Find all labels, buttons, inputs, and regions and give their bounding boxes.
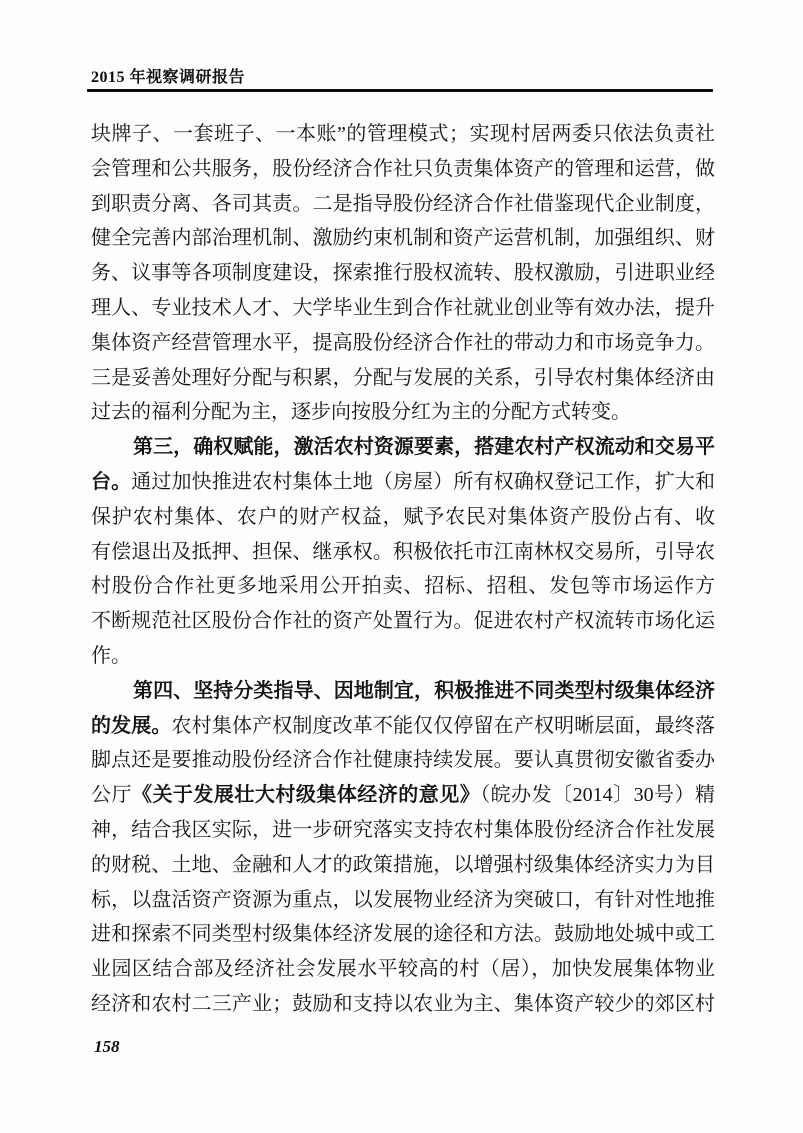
text-segment-bold: 台。 [91,471,131,493]
text-line: 务、议事等各项制度建设，探索推行股权流转、股权激励，引进职业经 [91,256,715,291]
text-segment: 脚点还是要推动股份经济合作社健康持续发展。要认真贯彻安徽省委办 [91,749,715,771]
text-line: 理人、专业技术人才、大学毕业生到合作社就业创业等有效办法，提升 [91,291,715,326]
text-line: 保护农村集体、农户的财产权益，赋予农民对集体资产股份占有、收益、 [91,500,715,535]
text-segment: 经济和农村二三产业；鼓励和支持以农业为主、集体资产较少的郊区村 [91,993,715,1015]
text-line: 作。 [91,639,715,674]
text-line: 不断规范社区股份合作社的资产处置行为。促进农村产权流转市场化运 [91,604,715,639]
text-line: 到职责分离、各司其责。二是指导股份经济合作社借鉴现代企业制度， [91,187,715,222]
page-header-title: 2015 年视察调研报告 [91,70,245,86]
text-line: 神，结合我区实际，进一步研究落实支持农村集体股份经济合作社发展 [91,813,715,848]
text-line: 集体资产经营管理水平，提高股份经济合作社的带动力和市场竞争力。 [91,326,715,361]
text-segment: 集体资产经营管理水平，提高股份经济合作社的带动力和市场竞争力。 [91,332,715,354]
text-segment: 到职责分离、各司其责。二是指导股份经济合作社借鉴现代企业制度， [91,193,715,215]
text-line: 标，以盘活资产资源为重点，以发展物业经济为突破口，有针对性地推 [91,883,715,918]
text-line: 业园区结合部及经济社会发展水平较高的村（居），加快发展集体物业 [91,952,715,987]
text-line: 第四、坚持分类指导、因地制宜，积极推进不同类型村级集体经济 [91,674,715,709]
text-segment: 标，以盘活资产资源为重点，以发展物业经济为突破口，有针对性地推 [91,889,715,911]
text-line: 进和探索不同类型村级集体经济发展的途径和方法。鼓励地处城中或工 [91,917,715,952]
page-number: 158 [94,1038,120,1055]
text-segment: 务、议事等各项制度建设，探索推行股权流转、股权激励，引进职业经 [91,262,715,284]
header-rule [87,89,713,92]
text-line: 脚点还是要推动股份经济合作社健康持续发展。要认真贯彻安徽省委办 [91,743,715,778]
text-segment: 健全完善内部治理机制、激励约束机制和资产运营机制，加强组织、财 [91,227,715,249]
text-line: 的财税、土地、金融和人才的政策措施，以增强村级集体经济实力为目 [91,848,715,883]
text-segment: 不断规范社区股份合作社的资产处置行为。促进农村产权流转市场化运 [91,610,715,632]
text-line: 块牌子、一套班子、一本账”的管理模式；实现村居两委只依法负责社 [91,117,715,152]
text-segment: 理人、专业技术人才、大学毕业生到合作社就业创业等有效办法，提升 [91,297,715,319]
text-segment: 保护农村集体、农户的财产权益，赋予农民对集体资产股份占有、收益、 [91,506,715,535]
text-line: 经济和农村二三产业；鼓励和支持以农业为主、集体资产较少的郊区村 [91,987,715,1022]
text-line: 台。通过加快推进农村集体土地（房屋）所有权确权登记工作，扩大和 [91,465,715,500]
text-segment: 公厅 [91,784,132,806]
text-segment: 过去的福利分配为主，逐步向按股分红为主的分配方式转变。 [91,401,631,423]
text-segment: 通过加快推进农村集体土地（房屋）所有权确权登记工作，扩大和 [131,471,715,493]
text-segment: 村股份合作社更多地采用公开拍卖、招标、招租、发包等市场运作方式， [91,575,715,604]
text-line: 村股份合作社更多地采用公开拍卖、招标、招租、发包等市场运作方式， [91,569,715,604]
text-line: 三是妥善处理好分配与积累，分配与发展的关系，引导农村集体经济由 [91,361,715,396]
text-segment-bold: 第三，确权赋能，激活农村资源要素，搭建农村产权流动和交易平 [133,436,715,458]
text-line: 第三，确权赋能，激活农村资源要素，搭建农村产权流动和交易平 [91,430,715,465]
document-page: 2015 年视察调研报告 块牌子、一套班子、一本账”的管理模式；实现村居两委只依… [0,0,803,1133]
text-line: 有偿退出及抵押、担保、继承权。积极依托市江南林权交易所，引导农 [91,535,715,570]
text-segment: 块牌子、一套班子、一本账”的管理模式；实现村居两委只依法负责社 [91,123,715,145]
text-segment: 神，结合我区实际，进一步研究落实支持农村集体股份经济合作社发展 [91,819,715,841]
text-segment: 的财税、土地、金融和人才的政策措施，以增强村级集体经济实力为目 [91,854,715,876]
text-line: 的发展。农村集体产权制度改革不能仅仅停留在产权明晰层面，最终落 [91,709,715,744]
text-segment: （皖办发〔2014〕30号）精 [480,784,715,806]
text-line: 会管理和公共服务，股份经济合作社只负责集体资产的管理和运营，做 [91,152,715,187]
text-segment: 会管理和公共服务，股份经济合作社只负责集体资产的管理和运营，做 [91,158,715,180]
text-segment-bold: 《关于发展壮大村级集体经济的意见》 [132,784,480,806]
text-segment: 三是妥善处理好分配与积累，分配与发展的关系，引导农村集体经济由 [91,367,715,389]
text-line: 过去的福利分配为主，逐步向按股分红为主的分配方式转变。 [91,395,715,430]
text-segment-bold: 的发展。 [91,715,172,737]
text-segment-bold: 第四、坚持分类指导、因地制宜，积极推进不同类型村级集体经济 [133,680,715,702]
text-segment: 业园区结合部及经济社会发展水平较高的村（居），加快发展集体物业 [91,958,715,980]
text-segment: 有偿退出及抵押、担保、继承权。积极依托市江南林权交易所，引导农 [91,541,715,563]
text-line: 公厅《关于发展壮大村级集体经济的意见》（皖办发〔2014〕30号）精 [91,778,715,813]
body-text: 块牌子、一套班子、一本账”的管理模式；实现村居两委只依法负责社会管理和公共服务，… [91,117,715,1022]
text-segment: 进和探索不同类型村级集体经济发展的途径和方法。鼓励地处城中或工 [91,923,715,945]
text-line: 健全完善内部治理机制、激励约束机制和资产运营机制，加强组织、财 [91,221,715,256]
text-segment: 作。 [91,645,131,667]
text-segment: 农村集体产权制度改革不能仅仅停留在产权明晰层面，最终落 [172,715,715,737]
